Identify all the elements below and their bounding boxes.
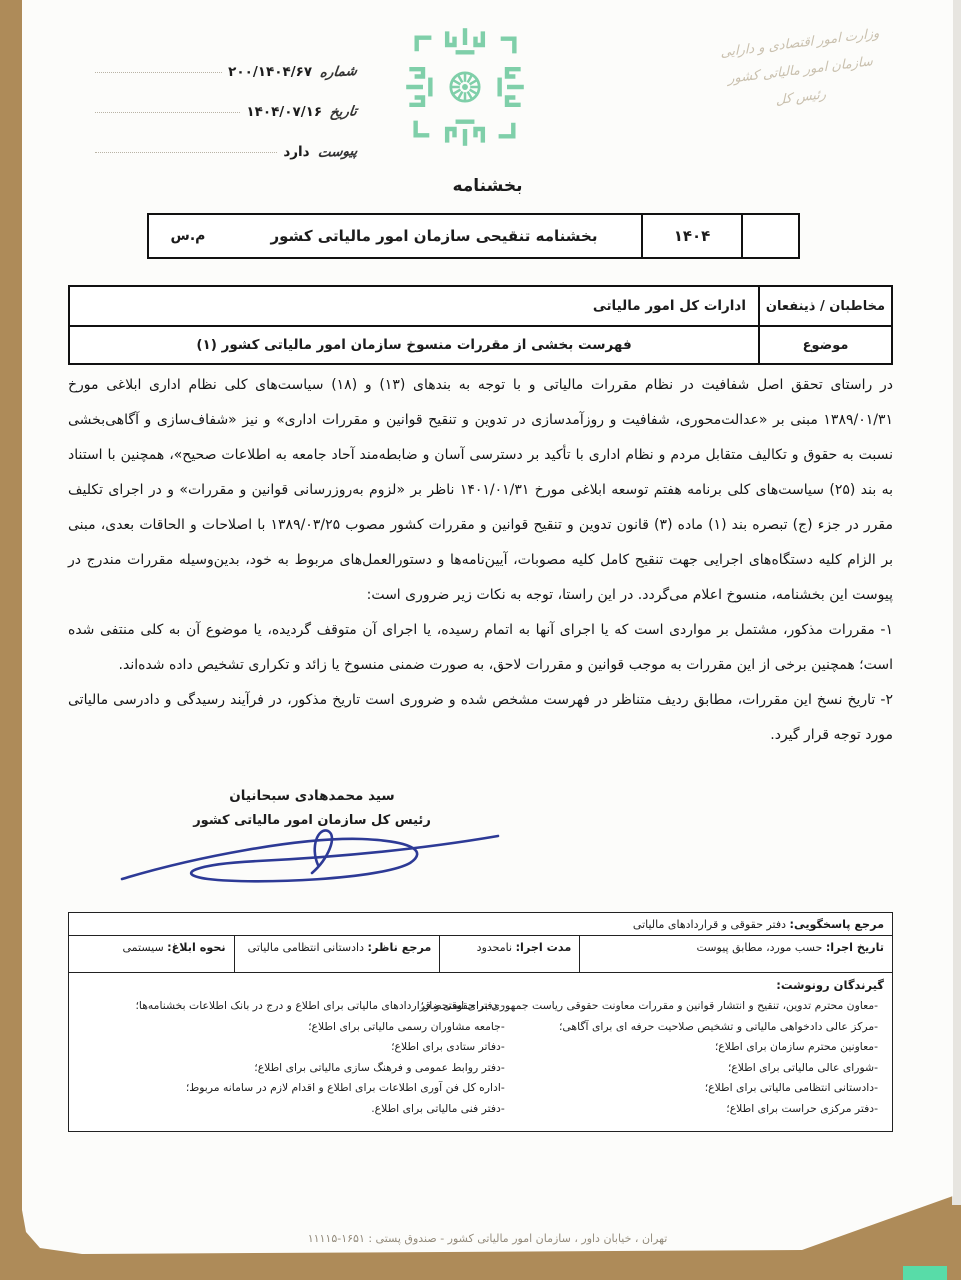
execution-row: تاریخ اجرا: حسب مورد، مطابق پیوست مدت اج… bbox=[69, 936, 892, 973]
respond-row: مرجع پاسخگویی: دفتر حقوقی و قراردادهای م… bbox=[69, 913, 892, 936]
cc-item: -دفتر مرکزی حراست برای اطلاع؛ bbox=[505, 1099, 878, 1120]
cc-item: -دفاتر ستادی برای اطلاع؛ bbox=[77, 1037, 505, 1058]
attachment-field: پیوست دارد bbox=[95, 120, 357, 160]
attachment-value: دارد bbox=[283, 144, 309, 160]
respond-value: دفتر حقوقی و قراردادهای مالیاتی bbox=[633, 918, 786, 931]
cc-item: -معاون محترم تدوین، تنقیح و انتشار قوانی… bbox=[505, 996, 878, 1017]
cc-item: -مرکز عالی دادخواهی مالیاتی و تشخیص صلاح… bbox=[505, 1017, 878, 1038]
background-green-patch bbox=[903, 1266, 947, 1280]
supervisor-cell: مرجع ناظر: دادستانی انتظامی مالیاتی bbox=[234, 936, 440, 972]
cc-column-right: -معاون محترم تدوین، تنقیح و انتشار قوانی… bbox=[505, 996, 884, 1119]
date-label: تاریخ bbox=[329, 103, 358, 120]
exec-date-label: تاریخ اجرا: bbox=[826, 941, 884, 954]
cc-item: -جامعه مشاوران رسمی مالیاتی برای اطلاع؛ bbox=[77, 1017, 505, 1038]
notify-label: نحوه ابلاغ: bbox=[167, 941, 225, 954]
footer-table: مرجع پاسخگویی: دفتر حقوقی و قراردادهای م… bbox=[68, 912, 893, 1132]
cc-item: -دادستانی انتظامی مالیاتی برای اطلاع؛ bbox=[505, 1078, 878, 1099]
subject-label: موضوع bbox=[758, 327, 891, 363]
info-table: مخاطبان / ذینفعان ادارات کل امور مالیاتی… bbox=[68, 285, 893, 365]
exec-date-cell: تاریخ اجرا: حسب مورد، مطابق پیوست bbox=[579, 936, 892, 972]
supervisor-value: دادستانی انتظامی مالیاتی bbox=[248, 941, 364, 954]
duration-value: نامحدود bbox=[477, 941, 512, 954]
number-label: شماره bbox=[319, 63, 358, 81]
body-item-2: ۲- تاریخ نسخ این مقررات، مطابق ردیف متنا… bbox=[68, 683, 893, 753]
cc-column-left: - دفتر حقوقی و قراردادهای مالیاتی برای ا… bbox=[77, 996, 505, 1119]
notify-cell: نحوه ابلاغ: سیستمی bbox=[69, 936, 234, 972]
classification-year-cell: ۱۴۰۴ bbox=[643, 215, 743, 257]
dotted-line bbox=[95, 152, 277, 153]
footer-address: تهران ، خیابان داور ، سازمان امور مالیات… bbox=[22, 1232, 953, 1245]
notify-value: سیستمی bbox=[122, 941, 163, 954]
cc-section: گیرندگان رونوشت: -معاون محترم تدوین، تنق… bbox=[69, 973, 892, 1131]
cc-heading: گیرندگان رونوشت: bbox=[77, 978, 884, 992]
audience-row: مخاطبان / ذینفعان ادارات کل امور مالیاتی bbox=[70, 287, 891, 325]
tax-organization-logo-icon bbox=[400, 24, 530, 150]
number-field: شماره ۲۰۰/۱۴۰۴/۶۷ bbox=[95, 40, 357, 80]
cc-item: -شورای عالی مالیاتی برای اطلاع؛ bbox=[505, 1058, 878, 1079]
cc-item: -اداره کل فن آوری اطلاعات برای اطلاع و ا… bbox=[77, 1078, 505, 1099]
supervisor-label: مرجع ناظر: bbox=[368, 941, 432, 954]
document-type-title: بخشنامه bbox=[22, 176, 953, 196]
signer-name: سید محمدهادی سبحانیان bbox=[132, 783, 492, 809]
date-field: تاریخ ۱۴۰۴/۰۷/۱۶ bbox=[95, 80, 357, 120]
subject-value: فهرست بخشی از مقررات منسوخ سازمان امور م… bbox=[70, 327, 758, 363]
letterhead-fields: شماره ۲۰۰/۱۴۰۴/۶۷ تاریخ ۱۴۰۴/۰۷/۱۶ پیوست… bbox=[95, 40, 357, 160]
date-value: ۱۴۰۴/۰۷/۱۶ bbox=[246, 104, 322, 120]
respond-label: مرجع پاسخگویی: bbox=[790, 918, 884, 931]
audience-value: ادارات کل امور مالیاتی bbox=[70, 287, 758, 325]
letterhead-org-titles: وزارت امور اقتصادی و دارایی سازمان امور … bbox=[668, 14, 932, 128]
dotted-line bbox=[95, 112, 240, 113]
signer-role: رئیس کل سازمان امور مالیاتی کشور bbox=[132, 809, 492, 833]
subject-row: موضوع فهرست بخشی از مقررات منسوخ سازمان … bbox=[70, 325, 891, 363]
cc-item: -دفتر فنی مالیاتی برای اطلاع. bbox=[77, 1099, 505, 1120]
number-value: ۲۰۰/۱۴۰۴/۶۷ bbox=[228, 64, 312, 80]
photo-edge-strip bbox=[952, 0, 961, 1205]
classification-subject-cell: بخشنامه تنقیحی سازمان امور مالیاتی کشور bbox=[227, 215, 643, 257]
dotted-line bbox=[95, 72, 222, 73]
classification-serial-cell bbox=[743, 215, 798, 257]
photo-background: وزارت امور اقتصادی و دارایی سازمان امور … bbox=[0, 0, 961, 1280]
duration-cell: مدت اجرا: نامحدود bbox=[439, 936, 579, 972]
body-paragraph: در راستای تحقق اصل شفافیت در نظام مقررات… bbox=[68, 368, 893, 613]
signature-block: سید محمدهادی سبحانیان رئیس کل سازمان امو… bbox=[132, 783, 492, 833]
cc-item: -دفتر روابط عمومی و فرهنگ سازی مالیاتی ب… bbox=[77, 1058, 505, 1079]
cc-item: -معاونین محترم سازمان برای اطلاع؛ bbox=[505, 1037, 878, 1058]
document-paper: وزارت امور اقتصادی و دارایی سازمان امور … bbox=[22, 0, 953, 1254]
cc-item: - دفتر حقوقی و قراردادهای مالیاتی برای ا… bbox=[77, 996, 505, 1017]
classification-code-cell: م.س bbox=[149, 215, 227, 257]
audience-label: مخاطبان / ذینفعان bbox=[758, 287, 891, 325]
duration-label: مدت اجرا: bbox=[516, 941, 572, 954]
attachment-label: پیوست bbox=[316, 143, 358, 161]
body-item-1: ۱- مقررات مذکور، مشتمل بر مواردی است که … bbox=[68, 613, 893, 683]
exec-date-value: حسب مورد، مطابق پیوست bbox=[697, 941, 823, 954]
classification-table: ۱۴۰۴ بخشنامه تنقیحی سازمان امور مالیاتی … bbox=[147, 213, 800, 259]
body-text: در راستای تحقق اصل شفافیت در نظام مقررات… bbox=[68, 368, 893, 753]
